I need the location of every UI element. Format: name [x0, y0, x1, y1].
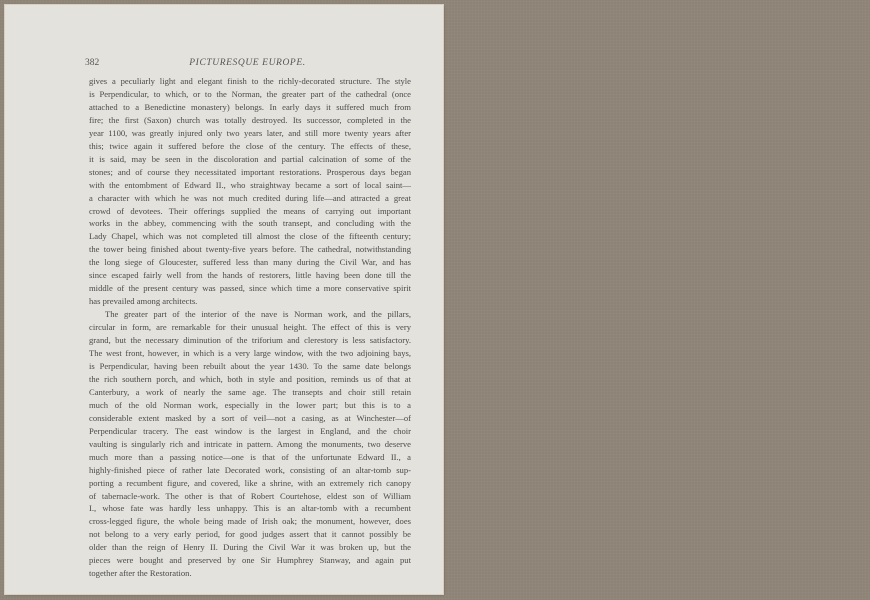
text-line: a character with which he was not much c… — [89, 192, 411, 205]
text-line: fire; the first (Saxon) church was total… — [89, 114, 411, 127]
text-line: has prevailed among architects. — [89, 295, 411, 308]
text-line: together after the Restoration. — [89, 567, 411, 580]
text-line: is Perpendicular, to which, or to the No… — [89, 88, 411, 101]
text-line: grand, but the necessary diminution of t… — [89, 334, 411, 347]
page-header: 382 PICTURESQUE EUROPE. — [85, 58, 410, 70]
text-line: pieces were bought and preserved by one … — [89, 554, 411, 567]
book-page: 382 PICTURESQUE EUROPE. gives a peculiar… — [5, 5, 443, 594]
body-text: gives a peculiarly light and elegant fin… — [89, 75, 411, 580]
text-line: Canterbury, a work of nearly the same ag… — [89, 386, 411, 399]
text-line: highly-finished piece of rather late Dec… — [89, 464, 411, 477]
paragraph: gives a peculiarly light and elegant fin… — [89, 75, 411, 308]
text-line: much more than a passing notice—one is t… — [89, 451, 411, 464]
text-line: gives a peculiarly light and elegant fin… — [89, 75, 411, 88]
text-line: year 1100, was greatly injured only two … — [89, 127, 411, 140]
text-line: vaulting is singularly rich and intricat… — [89, 438, 411, 451]
text-line: with the entombment of Edward II., who s… — [89, 179, 411, 192]
running-title: PICTURESQUE EUROPE. — [85, 58, 410, 68]
text-line: circular in form, are remarkable for the… — [89, 321, 411, 334]
text-line: Lady Chapel, which was not completed til… — [89, 230, 411, 243]
text-line: much of the old Norman work, especially … — [89, 399, 411, 412]
text-line: of tabernacle-work. The other is that of… — [89, 490, 411, 503]
text-line: crowd of devotees. Their offerings suppl… — [89, 205, 411, 218]
paragraph: The greater part of the interior of the … — [89, 308, 411, 580]
text-line: cross-legged figure, the whole being mad… — [89, 515, 411, 528]
text-line: The west front, however, in which is a v… — [89, 347, 411, 360]
text-line: porting a recumbent figure, and covered,… — [89, 477, 411, 490]
text-line: Perpendicular tracery. The east window i… — [89, 425, 411, 438]
text-line: is Perpendicular, having been rebuilt ab… — [89, 360, 411, 373]
text-line: older than the reign of Henry II. During… — [89, 541, 411, 554]
text-line: attached to a Benedictine monastery) bel… — [89, 101, 411, 114]
text-line: not belong to a very early period, for g… — [89, 528, 411, 541]
text-line: works in the abbey, commencing with the … — [89, 217, 411, 230]
text-line: middle of the present century was passed… — [89, 282, 411, 295]
text-line: I., whose fate was hardly less unhappy. … — [89, 502, 411, 515]
text-line: considerable extent masked by a sort of … — [89, 412, 411, 425]
text-line: since escaped fairly well from the hands… — [89, 269, 411, 282]
text-line: the tower being finished about twenty-fi… — [89, 243, 411, 256]
text-line: it is said, may be seen in the discolora… — [89, 153, 411, 166]
text-line: the rich southern porch, and which, both… — [89, 373, 411, 386]
text-line: The greater part of the interior of the … — [89, 308, 411, 321]
text-line: stones; and of course they necessitated … — [89, 166, 411, 179]
text-line: the long siege of Gloucester, suffered l… — [89, 256, 411, 269]
text-line: this; twice again it suffered before the… — [89, 140, 411, 153]
